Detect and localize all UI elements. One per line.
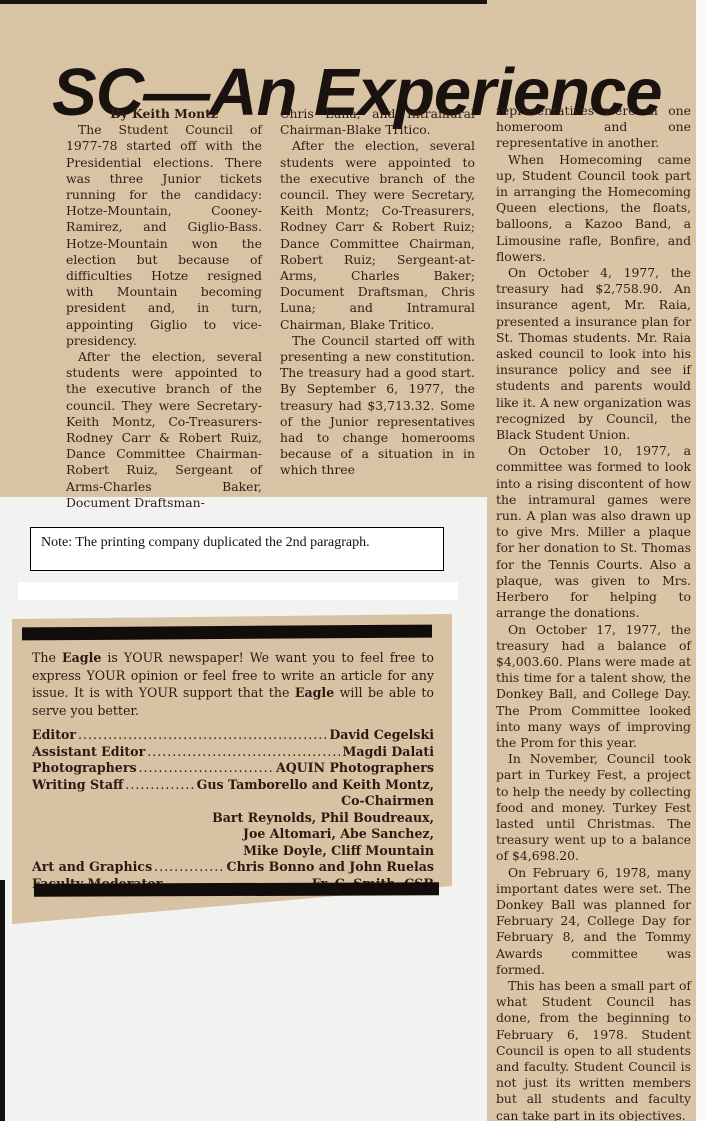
- staff-name: David Cegelski: [329, 727, 434, 744]
- paragraph: representatives were in one homeroom and…: [496, 103, 691, 152]
- staff-list: EditorDavid Cegelski Assistant EditorMag…: [32, 727, 434, 892]
- staff-row-writing-staff: Writing StaffGus Tamborello and Keith Mo…: [32, 777, 434, 794]
- leader-dots: [139, 760, 274, 777]
- staff-role: Photographers: [32, 760, 137, 777]
- blank-band: [18, 582, 458, 600]
- paragraph: On February 6, 1978, many important date…: [496, 865, 691, 978]
- article-column-3: representatives were in one homeroom and…: [496, 103, 691, 1121]
- staff-role: Editor: [32, 727, 76, 744]
- editor-note: Note: The printing company duplicated th…: [41, 536, 370, 550]
- staff-name: Chris Bonno and John Ruelas: [227, 859, 434, 876]
- staff-continuation: Joe Altomari, Abe Sanchez,: [32, 826, 434, 843]
- staff-role: Writing Staff: [32, 777, 123, 794]
- paragraph: The Student Council of 1977-78 started o…: [66, 122, 262, 349]
- paragraph: The Council started off with presenting …: [280, 333, 475, 479]
- staff-continuation: Co-Chairmen: [32, 793, 434, 810]
- staff-row-assistant-editor: Assistant EditorMagdi Dalati: [32, 744, 434, 761]
- paragraph: On October 4, 1977, the treasury had $2,…: [496, 265, 691, 443]
- article-column-2: Chris Luna, and Intramural Chairman-Blak…: [280, 106, 475, 479]
- staff-role: Assistant Editor: [32, 744, 145, 761]
- staff-name: AQUIN Photographers: [276, 760, 434, 777]
- staff-name: Magdi Dalati: [342, 744, 434, 761]
- paragraph: In November, Council took part in Turkey…: [496, 751, 691, 864]
- paragraph: After the election, several students wer…: [280, 138, 475, 332]
- editor-note-box: Note: The printing company duplicated th…: [30, 527, 444, 571]
- staff-row-editor: EditorDavid Cegelski: [32, 727, 434, 744]
- article-column-1: By Keith Montz The Student Council of 19…: [66, 106, 262, 511]
- leader-dots: [154, 859, 224, 876]
- paragraph: On October 17, 1977, the treasury had a …: [496, 622, 691, 752]
- scan-margin: [696, 0, 706, 1121]
- staff-row-art-graphics: Art and GraphicsChris Bonno and John Rue…: [32, 859, 434, 876]
- staff-continuation: Bart Reynolds, Phil Boudreaux,: [32, 810, 434, 827]
- byline: By Keith Montz: [66, 106, 262, 122]
- paper-name: Eagle: [295, 685, 334, 700]
- leader-dots: [147, 744, 340, 761]
- staff-row-photographers: PhotographersAQUIN Photographers: [32, 760, 434, 777]
- masthead-intro: The Eagle is YOUR newspaper! We want you…: [32, 649, 434, 719]
- staff-name: Gus Tamborello and Keith Montz,: [197, 777, 434, 794]
- leader-dots: [78, 727, 327, 744]
- leader-dots: [125, 777, 194, 794]
- intro-text: The: [32, 650, 62, 665]
- staff-role: Art and Graphics: [32, 859, 152, 876]
- paper-name: Eagle: [62, 650, 101, 665]
- paragraph: Chris Luna, and Intramural Chairman-Blak…: [280, 106, 475, 138]
- paragraph: After the election, several students wer…: [66, 349, 262, 511]
- masthead-bottom-rule: [34, 882, 439, 896]
- paragraph: This has been a small part of what Stude…: [496, 978, 691, 1121]
- paragraph: On October 10, 1977, a committee was for…: [496, 443, 691, 621]
- scan-edge: [0, 880, 5, 1121]
- paragraph: When Homecoming came up, Student Council…: [496, 152, 691, 265]
- staff-continuation: Mike Doyle, Cliff Mountain: [32, 843, 434, 860]
